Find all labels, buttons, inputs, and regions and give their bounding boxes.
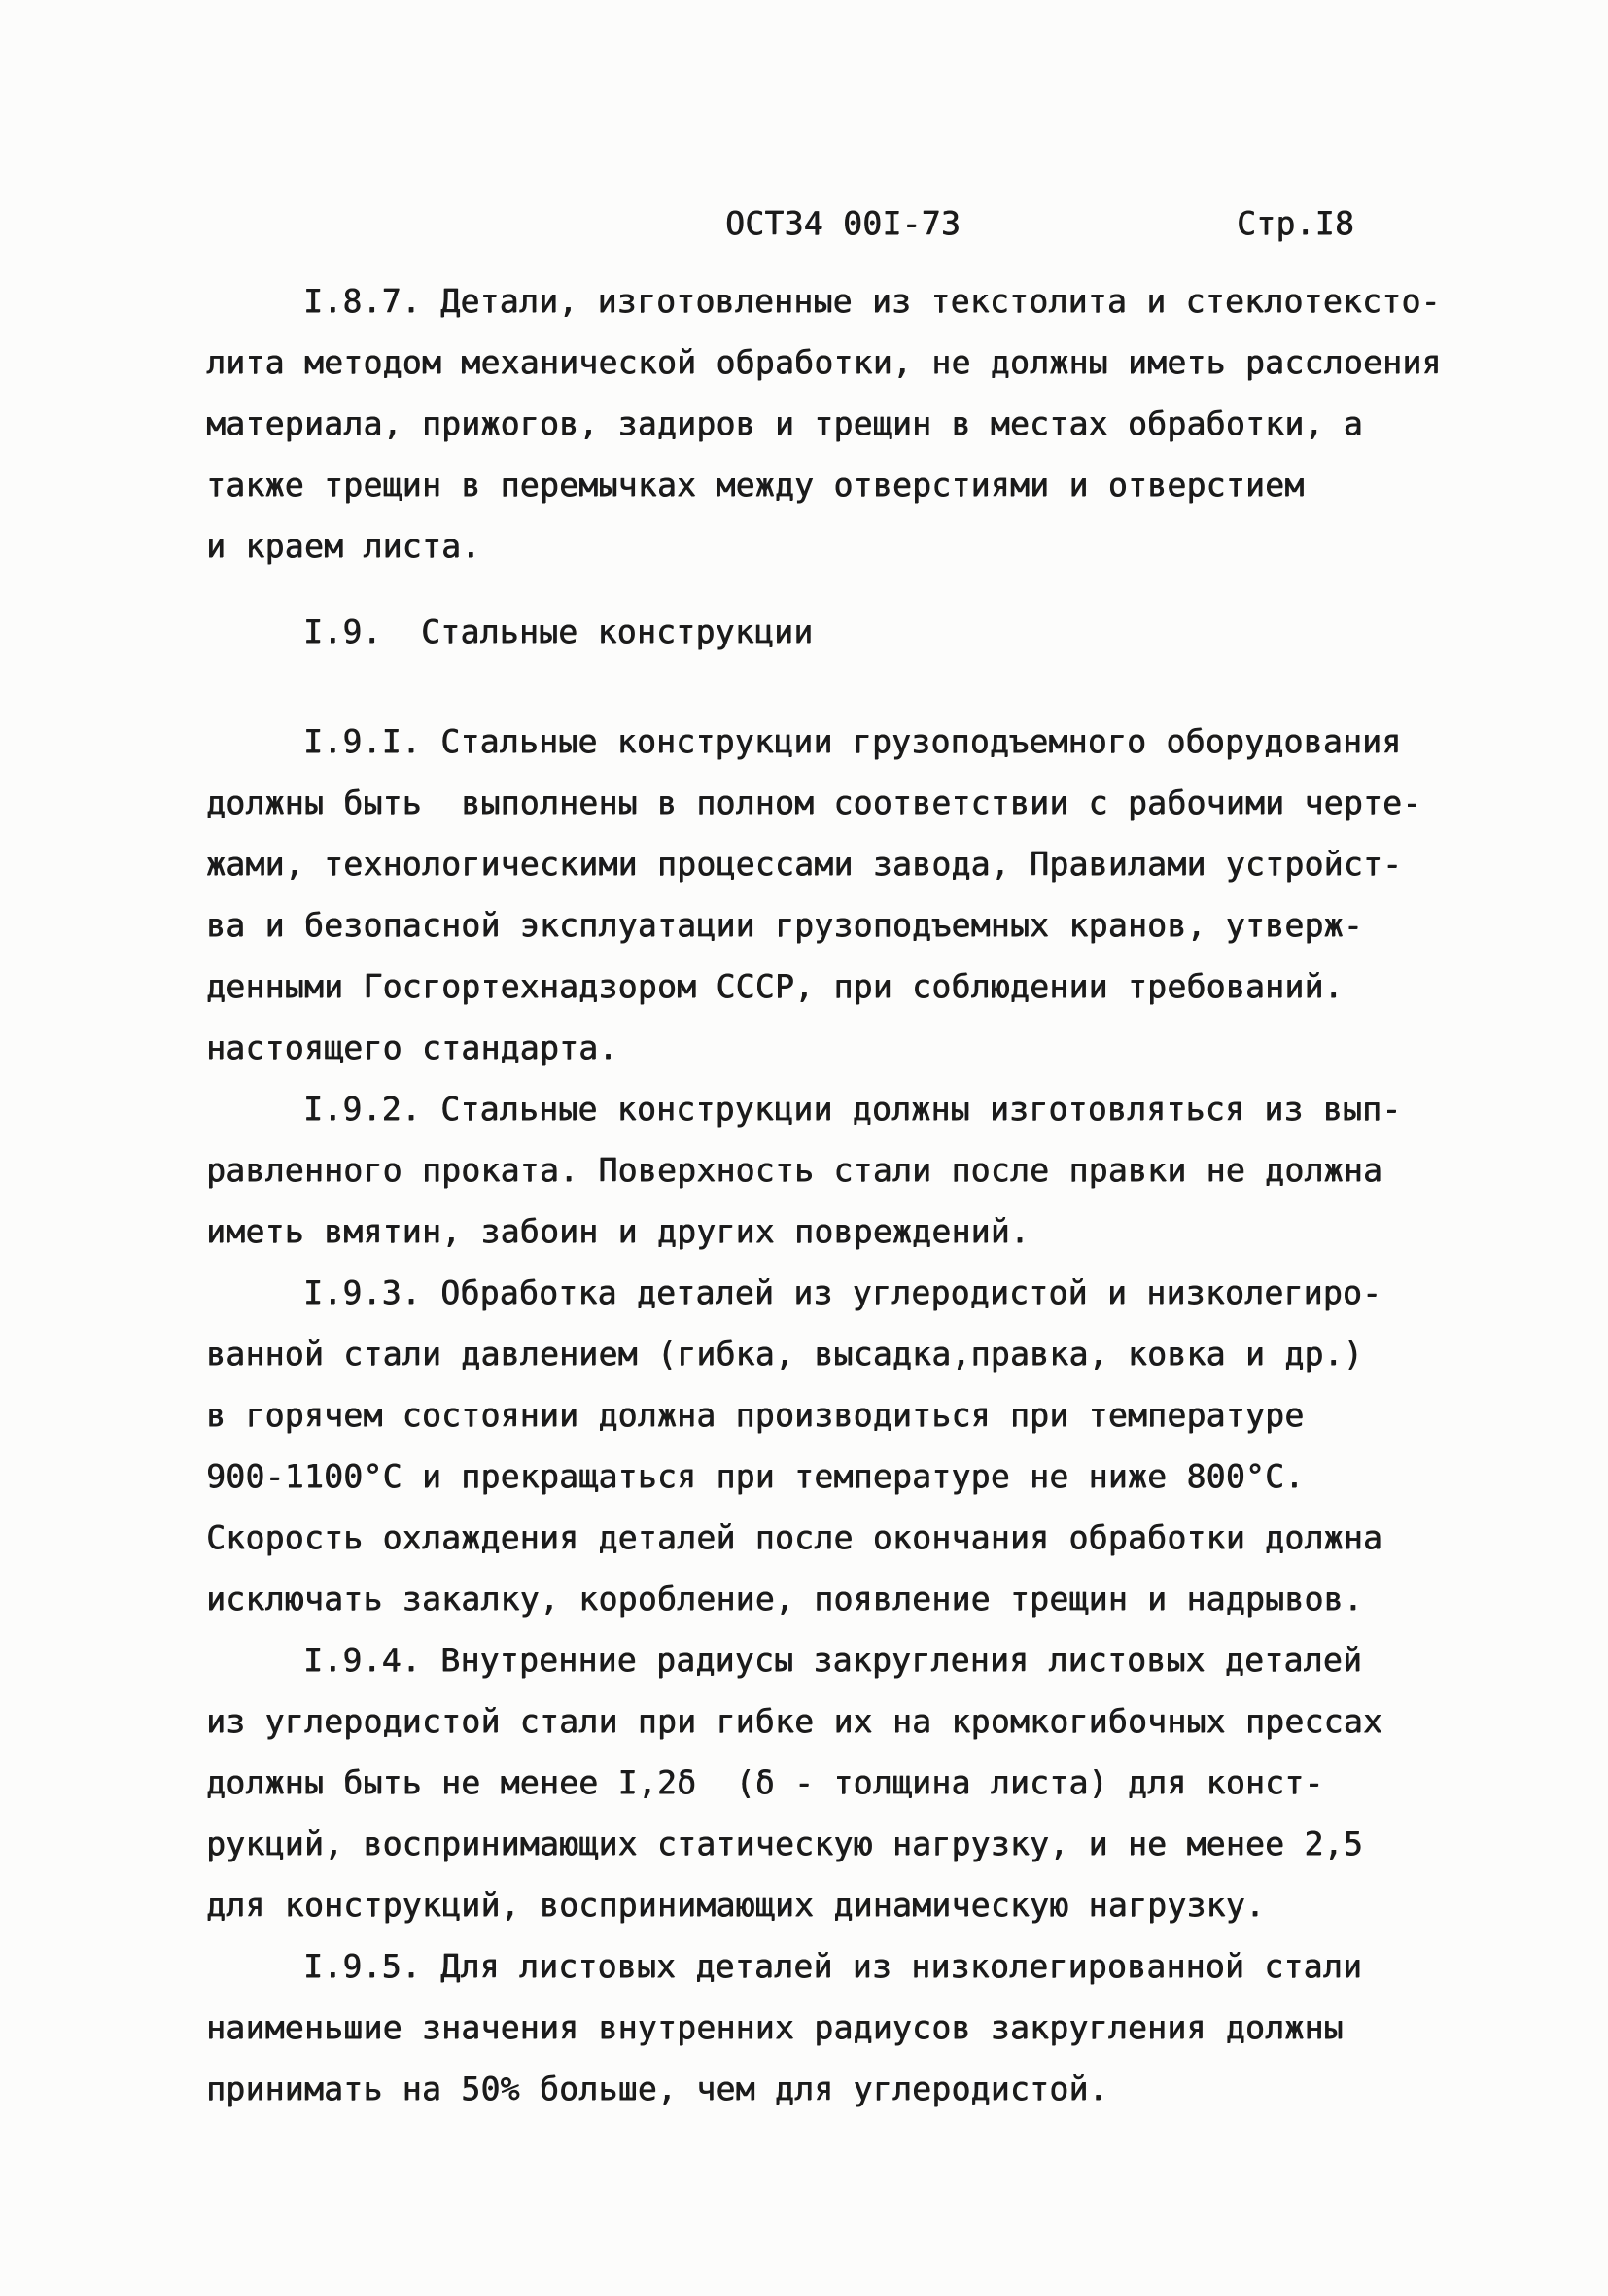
section-heading-line: I.9. Стальные конструкции bbox=[206, 601, 1480, 662]
text-line: ва и безопасной эксплуатации грузоподъем… bbox=[206, 894, 1480, 956]
scanned-document-page: ОСТ34 00I-73 Стр.I8 I.8.7. Детали, изгот… bbox=[0, 0, 1608, 2296]
text-line: для конструкций, воспринимающих динамиче… bbox=[206, 1874, 1480, 1935]
text-line: материала, прижогов, задиров и трещин в … bbox=[206, 393, 1480, 454]
text-line: ванной стали давлением (гибка, высадка,п… bbox=[206, 1323, 1480, 1384]
text-line: из углеродистой стали при гибке их на кр… bbox=[206, 1690, 1480, 1752]
text-line: иметь вмятин, забоин и других повреждени… bbox=[206, 1200, 1480, 1262]
text-line: I.8.7. Детали, изготовленные из текстоли… bbox=[206, 270, 1480, 331]
text-line: I.9.2. Стальные конструкции должны изгот… bbox=[206, 1078, 1480, 1139]
text-line: жами, технологическими процессами завода… bbox=[206, 833, 1480, 894]
text-line: лита методом механической обработки, не … bbox=[206, 331, 1480, 393]
text-line: наименьшие значения внутренних радиусов … bbox=[206, 1997, 1480, 2058]
text-line: Скорость охлаждения деталей после оконча… bbox=[206, 1507, 1480, 1568]
text-line: должны быть выполнены в полном соответст… bbox=[206, 772, 1480, 833]
text-line: должны быть не менее I,2δ (δ - толщина л… bbox=[206, 1752, 1480, 1813]
text-line: равленного проката. Поверхность стали по… bbox=[206, 1139, 1480, 1200]
text-line: также трещин в перемычках между отверсти… bbox=[206, 454, 1480, 515]
text-line: денными Госгортехнадзором СССР, при собл… bbox=[206, 956, 1480, 1017]
text-line: I.9.I. Стальные конструкции грузоподъемн… bbox=[206, 711, 1480, 772]
page-number: Стр.I8 bbox=[1237, 204, 1354, 242]
text-line: I.9.4. Внутренние радиусы закругления ли… bbox=[206, 1629, 1480, 1690]
text-line: рукций, воспринимающих статическую нагру… bbox=[206, 1813, 1480, 1874]
text-line: принимать на 50% больше, чем для углерод… bbox=[206, 2058, 1480, 2119]
text-line: настоящего стандарта. bbox=[206, 1017, 1480, 1078]
text-line: и краем листа. bbox=[206, 515, 1480, 576]
text-line: I.9.5. Для листовых деталей из низколеги… bbox=[206, 1935, 1480, 1997]
document-body: I.8.7. Детали, изготовленные из текстоли… bbox=[206, 270, 1480, 2119]
text-line: исключать закалку, коробление, появление… bbox=[206, 1568, 1480, 1629]
text-line: в горячем состоянии должна производиться… bbox=[206, 1384, 1480, 1445]
standard-number: ОСТ34 00I-73 bbox=[725, 204, 961, 242]
text-line: I.9.3. Обработка деталей из углеродистой… bbox=[206, 1262, 1480, 1323]
text-line: 900-1100°С и прекращаться при температур… bbox=[206, 1445, 1480, 1507]
